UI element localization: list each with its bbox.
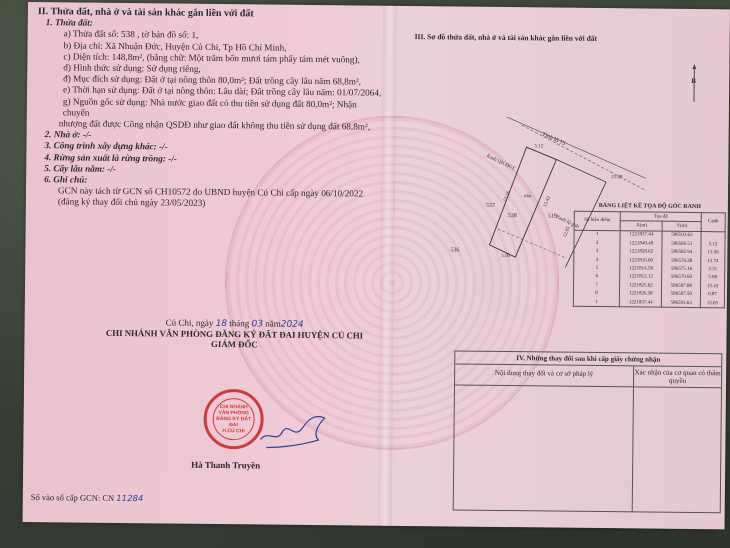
note-text: GCN này tách từ GCN số CH10572 do UBND h… bbox=[58, 186, 381, 212]
signature-mark bbox=[258, 409, 348, 450]
subsections: 2. Nhà ở: -/-3. Công trình xây dựng khác… bbox=[36, 129, 382, 189]
section-4-changes-table: IV. Những thay đổi sau khi cấp giấy chứn… bbox=[453, 350, 723, 513]
svg-text:Tỉnh lộ 15: Tỉnh lộ 15 bbox=[541, 132, 566, 148]
svg-text:15.43: 15.43 bbox=[543, 195, 552, 208]
signer-name: Hà Thanh Truyền bbox=[191, 460, 260, 471]
svg-text:537: 537 bbox=[486, 203, 495, 209]
svg-text:21.00: 21.00 bbox=[611, 175, 623, 180]
table-row: 11221837.44586593.6312.65 bbox=[573, 298, 724, 308]
signature-block: Củ Chi, ngày 18 tháng 03 năm2024 CHI NHÁ… bbox=[84, 317, 384, 351]
svg-text:5.00: 5.00 bbox=[501, 254, 510, 259]
svg-text:Ranh QH ĐGT: Ranh QH ĐGT bbox=[486, 154, 516, 172]
svg-text:536: 536 bbox=[450, 247, 459, 253]
north-arrow-icon: B bbox=[687, 64, 701, 104]
section-3-title: III. Sơ đồ thửa đất, nhà ở và tài sản kh… bbox=[415, 32, 598, 43]
land-items: a) Thửa đất số: 538 , tờ bản đồ số: 1,b)… bbox=[37, 29, 383, 122]
svg-text:5.12: 5.12 bbox=[534, 144, 543, 149]
svg-text:nhà: nhà bbox=[524, 194, 532, 199]
land-item: g) Nguồn gốc sử dụng: Nhà nước giao đất … bbox=[63, 96, 382, 122]
registry-number: Số vào sổ cấp GCN: CN 11284 bbox=[31, 492, 144, 504]
changes-col-content: Nội dung thay đổi và cơ sở pháp lý bbox=[455, 364, 634, 386]
changes-col-confirmation: Xác nhận của cơ quan có thẩm quyền bbox=[634, 366, 721, 387]
official-stamp: CHI NHÁNHVĂN PHÒNGĐĂNG KÝ ĐẤT ĐAIH.CỦ CH… bbox=[203, 389, 264, 450]
coordinate-table: BẢNG LIỆT KÊ TỌA ĐỘ GÓC RANH Số hiệu điể… bbox=[573, 203, 726, 309]
svg-text:B: B bbox=[691, 77, 696, 85]
land-certificate-sheet: II. Thửa đất, nhà ở và tài sản khác gắn … bbox=[23, 2, 730, 529]
section-2: II. Thửa đất, nhà ở và tài sản khác gắn … bbox=[36, 6, 383, 211]
svg-text:13.56: 13.56 bbox=[503, 190, 512, 203]
svg-text:12.65: 12.65 bbox=[563, 226, 572, 239]
svg-text:538: 538 bbox=[508, 213, 517, 219]
